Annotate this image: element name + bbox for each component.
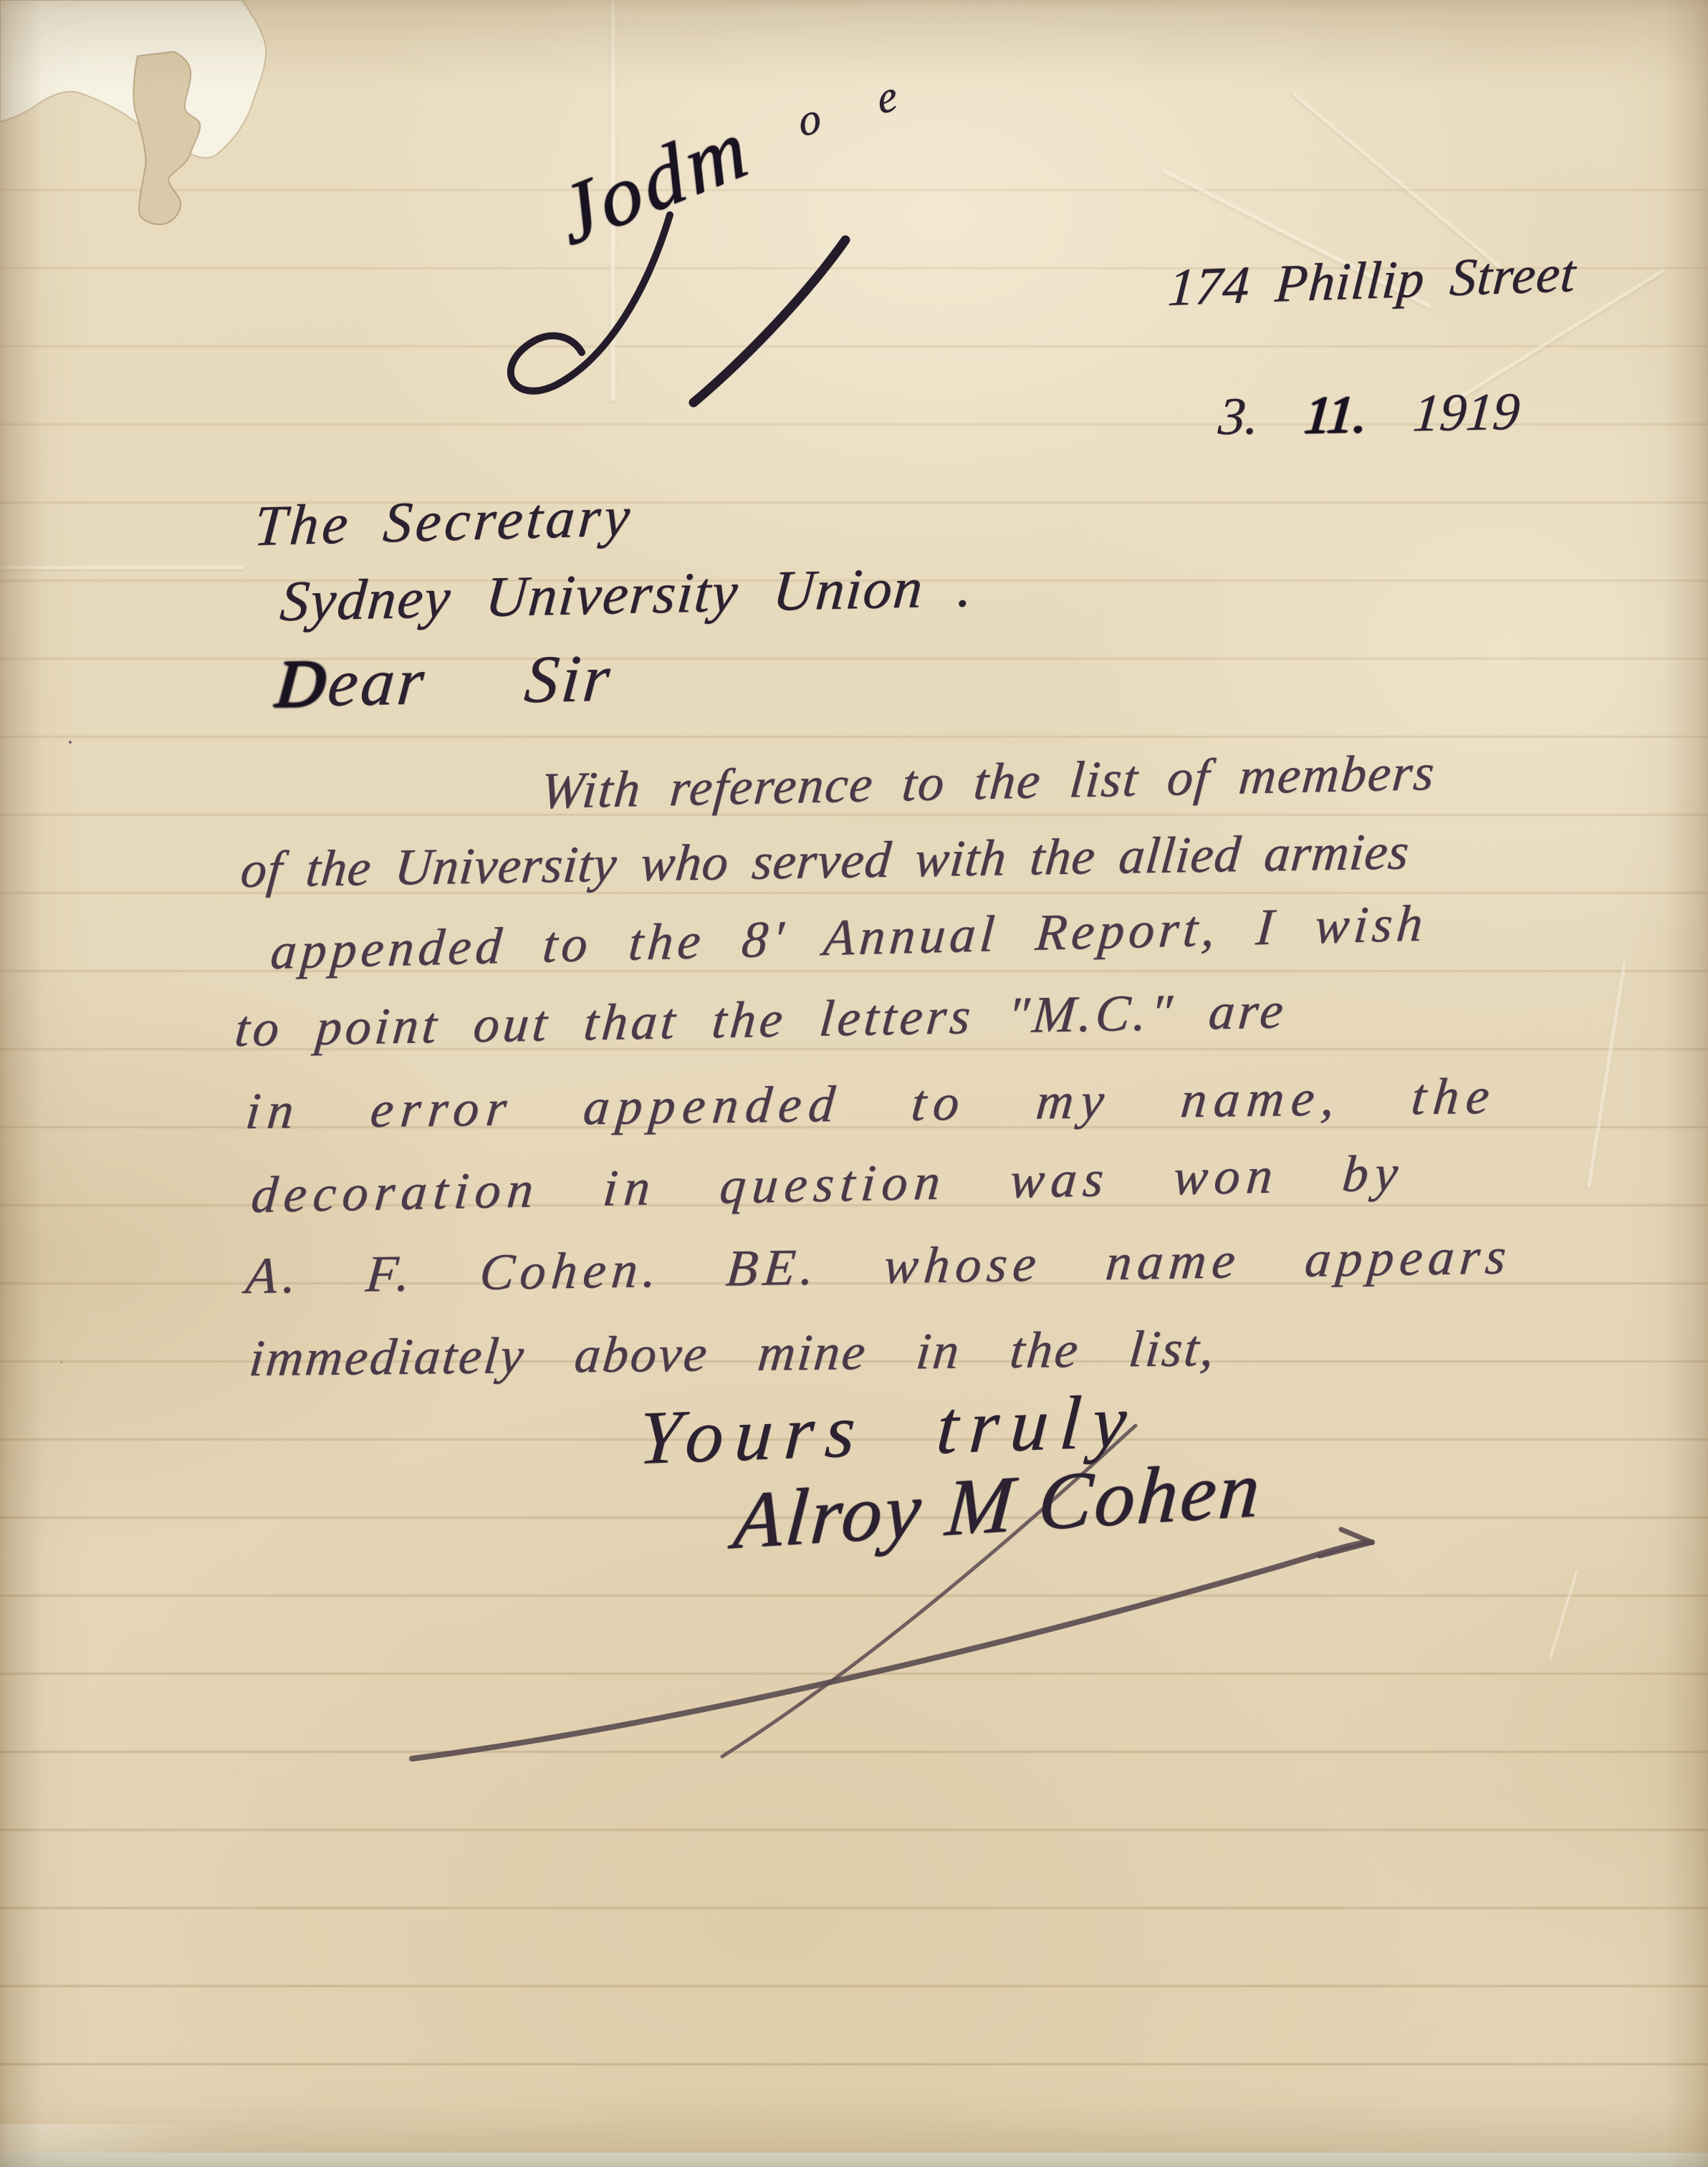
date-year: 1919: [1411, 383, 1522, 443]
body-line-3: appended to the 8' Annual Report, I wish: [269, 897, 1429, 977]
recipient-line-1: The Secretary: [252, 488, 635, 555]
ink-specks: [69, 741, 72, 744]
annotation-scrawl: Jodm: [550, 103, 759, 260]
body-line-7: A. F. Cohen. BE. whose name appears: [244, 1230, 1514, 1302]
body-line-6: decoration in question was won by: [249, 1147, 1406, 1221]
right-edge-crease: [1587, 961, 1626, 1188]
torn-corner-backing: [0, 0, 266, 158]
scanner-edge-strip: [0, 2153, 1708, 2167]
body-line-5: in error appended to my name, the: [244, 1070, 1499, 1137]
body-line-1: With reference to the list of members: [539, 746, 1437, 817]
horizontal-crease-left: [0, 566, 244, 570]
salutation: Dear Sir: [274, 645, 615, 718]
sender-address: 174 Phillip Street: [1166, 247, 1578, 314]
salutation-word-sir: Sir: [522, 641, 615, 717]
body-line-4: to point out that the letters "M.C." are: [233, 984, 1289, 1054]
scanned-letter-page: o e Jodm 174 Phillip Street 3. 11. 1919 …: [0, 0, 1708, 2167]
diagonal-crease-top-right-2: [1292, 92, 1502, 269]
letter-date: 3. 11. 1919: [1217, 385, 1522, 443]
body-line-2: of the University who served with the al…: [239, 825, 1411, 895]
annotation-marks: o e: [795, 66, 923, 145]
recipient-line-2: Sydney University Union .: [278, 559, 976, 630]
signature-underline-arrow-hook: [1320, 1529, 1372, 1556]
signature-underline-flourish: [412, 1542, 1372, 1759]
salutation-word-dear: Dear: [274, 648, 429, 718]
annotation-flourish-slash: [694, 240, 845, 403]
date-month: 11.: [1302, 385, 1370, 445]
body-line-8: immediately above mine in the list,: [247, 1322, 1218, 1384]
torn-corner-fragment: [133, 52, 200, 224]
date-day: 3.: [1217, 387, 1262, 446]
crease-lower-right: [1548, 1570, 1578, 1660]
